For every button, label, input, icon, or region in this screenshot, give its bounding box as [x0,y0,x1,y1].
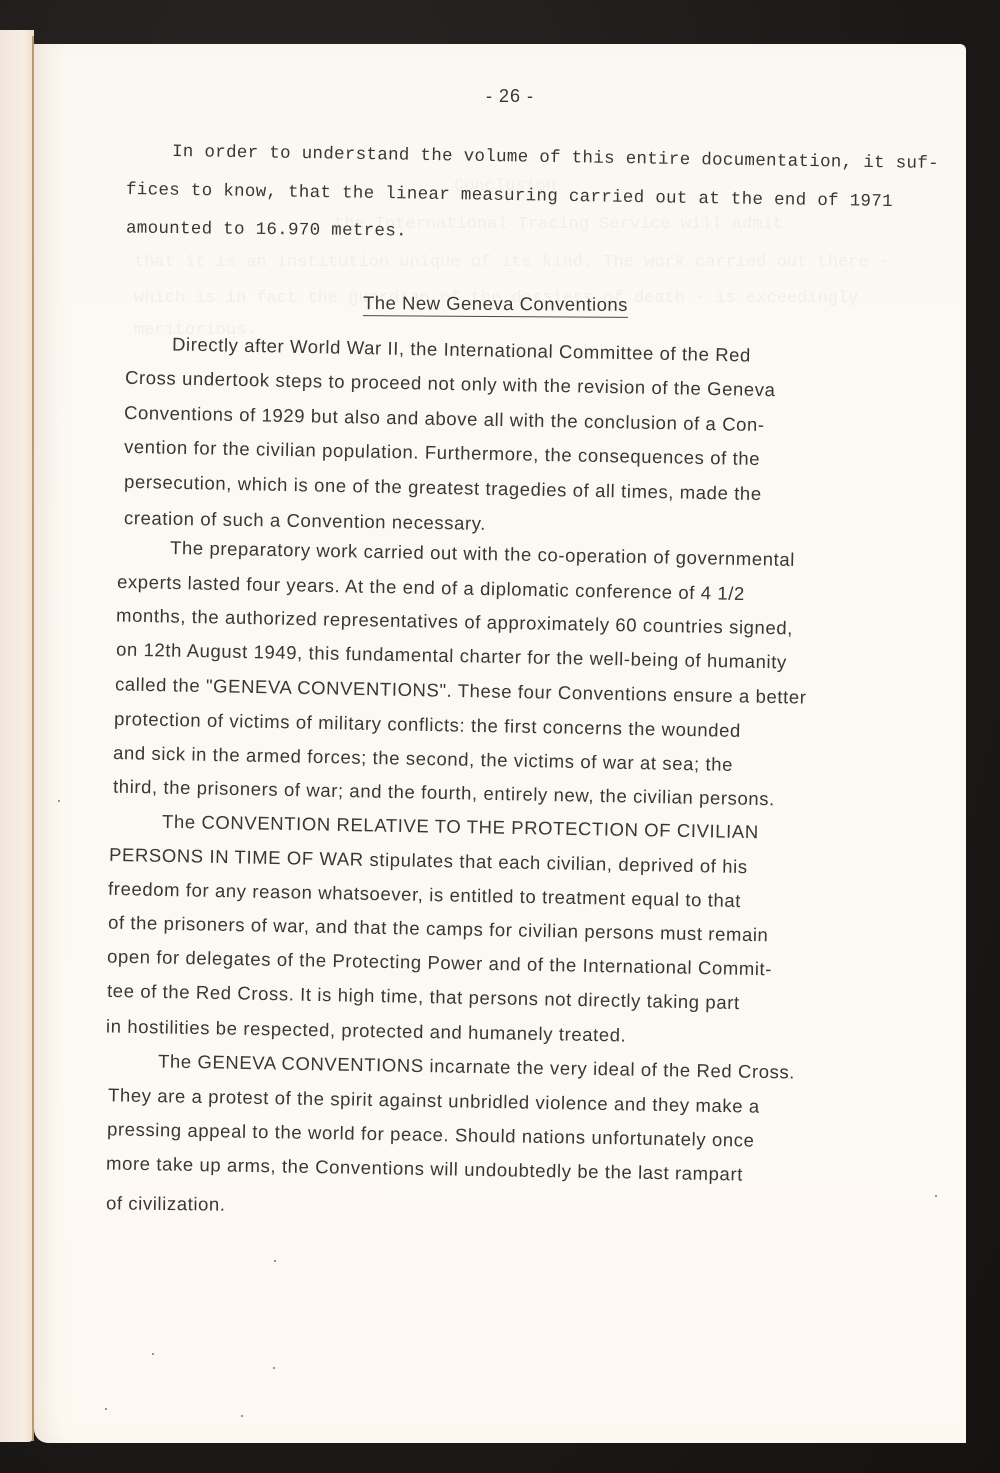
paper-speck [935,1195,937,1197]
bleed-through-line: that it is an institution unique of its … [134,246,889,279]
paper-speck [105,1408,107,1410]
page-number: - 26 - [486,86,534,107]
facing-page-edge [0,30,34,1442]
text-line: amounted to 16.970 metres. [126,219,407,242]
paper-speck [241,1415,243,1417]
paper-speck [152,1353,154,1355]
paper-speck [58,800,60,802]
text-line: of civilization. [106,1192,226,1215]
paper-speck [274,1260,276,1262]
section-heading: The New Geneva Conventions [363,292,628,318]
paper-speck [273,1367,275,1369]
